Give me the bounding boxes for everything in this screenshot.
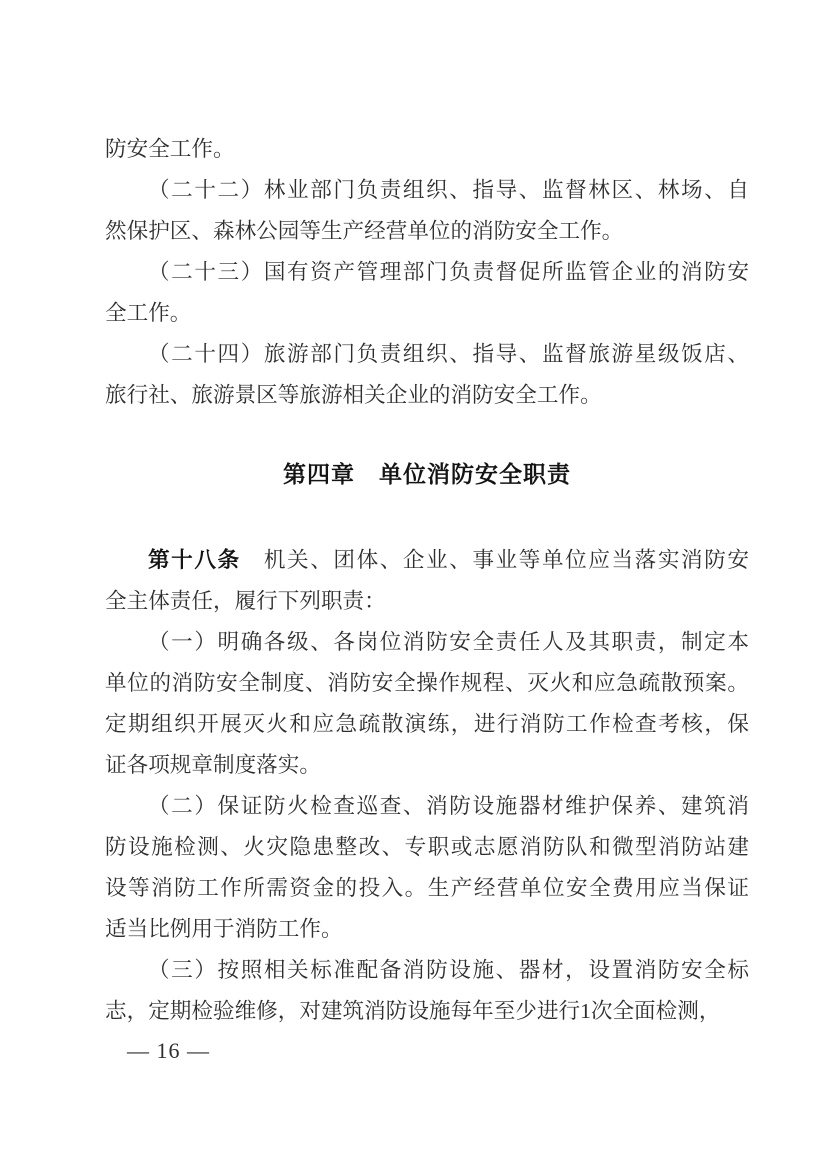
paragraph-item-24: （二十四）旅游部门负责组织、指导、监督旅游星级饭店、 旅行社、旅游景区等旅游相关… [105, 334, 749, 416]
article-number: 第十八条 [148, 547, 241, 572]
body-line: （三）按照相关标准配备消防设施、器材，设置消防安全标 [105, 950, 749, 991]
body-line: （一）明确各级、各岗位消防安全责任人及其职责，制定本 [105, 622, 749, 663]
body-line: 单位的消防安全制度、消防安全操作规程、灭火和应急疏散预案。 [105, 663, 749, 704]
document-body: 防安全工作。 （二十二）林业部门负责组织、指导、监督林区、林场、自 然保护区、森… [105, 129, 749, 1032]
body-line: （二十二）林业部门负责组织、指导、监督林区、林场、自 [105, 170, 749, 211]
body-line: 旅行社、旅游景区等旅游相关企业的消防安全工作。 [105, 375, 749, 416]
document-page: 防安全工作。 （二十二）林业部门负责组织、指导、监督林区、林场、自 然保护区、森… [0, 0, 827, 1169]
body-line: 设等消防工作所需资金的投入。生产经营单位安全费用应当保证 [105, 868, 749, 909]
body-line: 全工作。 [105, 293, 749, 334]
paragraph-article-18: 第十八条 机关、团体、企业、事业等单位应当落实消防安 全主体责任，履行下列职责： [105, 539, 749, 622]
paragraph-item-1: （一）明确各级、各岗位消防安全责任人及其职责，制定本 单位的消防安全制度、消防安… [105, 622, 749, 786]
chapter-heading: 第四章 单位消防安全职责 [105, 454, 749, 495]
page-number: — 16 — [127, 1036, 210, 1066]
paragraph-item-22: （二十二）林业部门负责组织、指导、监督林区、林场、自 然保护区、森林公园等生产经… [105, 170, 749, 252]
article-text: 机关、团体、企业、事业等单位应当落实消防安 [241, 548, 749, 572]
paragraph-continuation: 防安全工作。 [105, 129, 749, 170]
body-line: （二十四）旅游部门负责组织、指导、监督旅游星级饭店、 [105, 334, 749, 375]
body-line: 证各项规章制度落实。 [105, 745, 749, 786]
body-line: （二）保证防火检查巡查、消防设施器材维护保养、建筑消 [105, 786, 749, 827]
paragraph-item-3: （三）按照相关标准配备消防设施、器材，设置消防安全标 志，定期检验维修，对建筑消… [105, 950, 749, 1032]
paragraph-item-2: （二）保证防火检查巡查、消防设施器材维护保养、建筑消 防设施检测、火灾隐患整改、… [105, 786, 749, 950]
body-line: 志，定期检验维修，对建筑消防设施每年至少进行1次全面检测， [105, 991, 749, 1032]
body-line: 然保护区、森林公园等生产经营单位的消防安全工作。 [105, 211, 749, 252]
body-line: 适当比例用于消防工作。 [105, 909, 749, 950]
body-line: 第十八条 机关、团体、企业、事业等单位应当落实消防安 [105, 539, 749, 581]
body-line: 防安全工作。 [105, 129, 749, 170]
paragraph-item-23: （二十三）国有资产管理部门负责督促所监管企业的消防安 全工作。 [105, 252, 749, 334]
body-line: 全主体责任，履行下列职责： [105, 581, 749, 622]
body-line: 防设施检测、火灾隐患整改、专职或志愿消防队和微型消防站建 [105, 827, 749, 868]
body-line: 定期组织开展灭火和应急疏散演练，进行消防工作检查考核，保 [105, 704, 749, 745]
body-line: （二十三）国有资产管理部门负责督促所监管企业的消防安 [105, 252, 749, 293]
